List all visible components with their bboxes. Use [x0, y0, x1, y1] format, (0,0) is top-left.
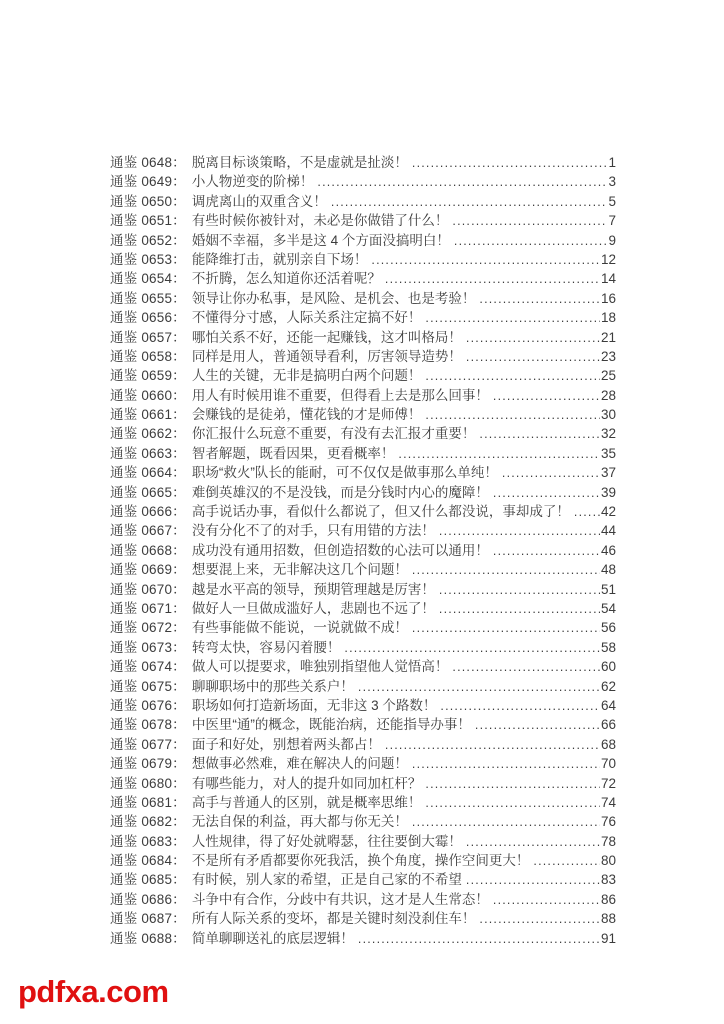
toc-entry-title: 高手说话办事，看似什么都说了，但又什么都没说，事却成了！	[192, 502, 570, 521]
dot-leader	[425, 308, 600, 328]
toc-entry-title: 没有分化不了的对手，只有用错的方法！	[192, 521, 435, 540]
dot-leader	[344, 638, 600, 658]
toc-entry-title: 有时候，别人家的希望，正是自己家的不希望	[192, 870, 462, 889]
toc-entry[interactable]: 通鉴 0649： 小人物逆变的阶梯！ 3	[110, 172, 616, 191]
toc-entry-page: 1	[608, 153, 616, 172]
toc-entry-label: 通鉴 0679：	[110, 754, 186, 773]
toc-entry[interactable]: 通鉴 0661： 会赚钱的是徒弟，懂花钱的才是师傅！ 30	[110, 405, 616, 424]
toc-entry-label: 通鉴 0651：	[110, 211, 186, 230]
dot-leader	[358, 677, 600, 697]
dot-leader	[574, 502, 600, 522]
toc-entry-label: 通鉴 0654：	[110, 269, 186, 288]
toc-entry[interactable]: 通鉴 0687： 所有人际关系的变坏，都是关键时刻没刹住车！ 88	[110, 909, 616, 928]
toc-entry[interactable]: 通鉴 0659： 人生的关键，无非是搞明白两个问题！ 25	[110, 366, 616, 385]
dot-leader	[385, 269, 600, 289]
toc-entry-label: 通鉴 0667：	[110, 521, 186, 540]
toc-entry[interactable]: 通鉴 0665： 难倒英雄汉的不是没钱，而是分钱时内心的魔障！ 39	[110, 483, 616, 502]
toc-entry-title: 不折腾，怎么知道你还活着呢？	[192, 269, 381, 288]
dot-leader	[398, 444, 600, 464]
toc-entry-title: 能降维打击，就别亲自下场！	[192, 250, 368, 269]
toc-entry-title: 简单聊聊送礼的底层逻辑！	[192, 929, 354, 948]
dot-leader	[412, 812, 600, 832]
toc-entry-title: 成功没有通用招数，但创造招数的心法可以通用！	[192, 541, 489, 560]
dot-leader	[425, 366, 600, 386]
toc-entry-page: 70	[601, 754, 616, 773]
toc-entry-page: 28	[601, 386, 616, 405]
toc-entry[interactable]: 通鉴 0678： 中医里“通”的概念，既能治病，还能指导办事！ 66	[110, 715, 616, 734]
toc-entry-title: 职场“救火”队长的能耐，可不仅仅是做事那么单纯！	[192, 463, 498, 482]
toc-entry-page: 86	[601, 890, 616, 909]
toc-entry-label: 通鉴 0666：	[110, 502, 186, 521]
toc-entry-title: 哪怕关系不好，还能一起赚钱，这才叫格局！	[192, 328, 462, 347]
toc-entry-label: 通鉴 0671：	[110, 599, 186, 618]
toc-entry-label: 通鉴 0661：	[110, 405, 186, 424]
toc-entry-page: 56	[601, 618, 616, 637]
toc-entry[interactable]: 通鉴 0677： 面子和好处，别想着两头都占！ 68	[110, 735, 616, 754]
toc-entry-page: 42	[601, 502, 616, 521]
toc-entry[interactable]: 通鉴 0672： 有些事能做不能说，一说就做不成！ 56	[110, 618, 616, 637]
dot-leader	[479, 289, 600, 309]
dot-leader	[533, 851, 600, 871]
dot-leader	[493, 890, 600, 910]
toc-entry-title: 用人有时候用谁不重要，但得看上去是那么回事！	[192, 386, 489, 405]
dot-leader	[466, 870, 600, 890]
toc-entry-label: 通鉴 0677：	[110, 735, 186, 754]
toc-entry[interactable]: 通鉴 0675： 聊聊职场中的那些关系户！ 62	[110, 677, 616, 696]
toc-entry-page: 51	[601, 580, 616, 599]
toc-entry[interactable]: 通鉴 0682： 无法自保的利益，再大都与你无关！ 76	[110, 812, 616, 831]
dot-leader	[425, 774, 600, 794]
dot-leader	[371, 250, 600, 270]
toc-entry[interactable]: 通鉴 0664： 职场“救火”队长的能耐，可不仅仅是做事那么单纯！ 37	[110, 463, 616, 482]
toc-entry-page: 9	[608, 231, 616, 250]
toc-entry-label: 通鉴 0668：	[110, 541, 186, 560]
toc-entry-page: 30	[601, 405, 616, 424]
toc-entry-page: 39	[601, 483, 616, 502]
toc-entry-title: 有哪些能力，对人的提升如同加杠杆？	[192, 774, 422, 793]
dot-leader	[493, 541, 600, 561]
toc-entry-title: 会赚钱的是徒弟，懂花钱的才是师傅！	[192, 405, 422, 424]
toc-entry-title: 斗争中有合作，分歧中有共识，这才是人生常态！	[192, 890, 489, 909]
toc-entry-title: 越是水平高的领导，预期管理越是厉害！	[192, 580, 435, 599]
toc-entry[interactable]: 通鉴 0670： 越是水平高的领导，预期管理越是厉害！ 51	[110, 580, 616, 599]
toc-entry-label: 通鉴 0686：	[110, 890, 186, 909]
toc-entry-label: 通鉴 0674：	[110, 657, 186, 676]
dot-leader	[358, 929, 600, 949]
toc-entry-label: 通鉴 0672：	[110, 618, 186, 637]
toc-entry-label: 通鉴 0663：	[110, 444, 186, 463]
toc-entry-page: 18	[601, 308, 616, 327]
toc-entry-title: 不是所有矛盾都要你死我活，换个角度，操作空间更大！	[192, 851, 530, 870]
toc-entry-title: 有些事能做不能说，一说就做不成！	[192, 618, 408, 637]
toc-entry-label: 通鉴 0665：	[110, 483, 186, 502]
toc-entry-title: 无法自保的利益，再大都与你无关！	[192, 812, 408, 831]
toc-entry[interactable]: 通鉴 0673： 转弯太快，容易闪着腰！ 58	[110, 638, 616, 657]
toc-entry-title: 做好人一旦做成滥好人，悲剧也不远了！	[192, 599, 435, 618]
toc-entry-page: 72	[601, 774, 616, 793]
toc-entry-label: 通鉴 0670：	[110, 580, 186, 599]
toc-entry-page: 44	[601, 521, 616, 540]
dot-leader	[479, 424, 600, 444]
toc-entry[interactable]: 通鉴 0680： 有哪些能力，对人的提升如同加杠杆？ 72	[110, 774, 616, 793]
toc-list: 通鉴 0648： 脱离目标谈策略，不是虚就是扯淡！ 1 通鉴 0649： 小人物…	[110, 153, 616, 948]
dot-leader	[452, 211, 607, 231]
toc-entry-title: 职场如何打造新场面，无非这 3 个路数！	[192, 696, 437, 715]
toc-entry-page: 58	[601, 638, 616, 657]
toc-entry-page: 7	[608, 211, 616, 230]
toc-entry[interactable]: 通鉴 0662： 你汇报什么玩意不重要，有没有去汇报才重要！ 32	[110, 424, 616, 443]
dot-leader	[425, 793, 600, 813]
dot-leader	[439, 580, 600, 600]
toc-entry-label: 通鉴 0653：	[110, 250, 186, 269]
toc-entry-title: 想做事必然难，难在解决人的问题！	[192, 754, 408, 773]
toc-entry-page: 64	[601, 696, 616, 715]
dot-leader	[502, 463, 600, 483]
toc-entry[interactable]: 通鉴 0648： 脱离目标谈策略，不是虚就是扯淡！ 1	[110, 153, 616, 172]
toc-entry-page: 35	[601, 444, 616, 463]
toc-entry[interactable]: 通鉴 0674： 做人可以提要求，唯独别指望他人觉悟高！ 60	[110, 657, 616, 676]
toc-entry-page: 74	[601, 793, 616, 812]
dot-leader	[440, 696, 600, 716]
toc-entry-title: 有些时候你被针对，未必是你做错了什么！	[192, 211, 449, 230]
toc-entry[interactable]: 通鉴 0655： 领导让你办私事，是风险、是机会、也是考验！ 16	[110, 289, 616, 308]
toc-entry[interactable]: 通鉴 0667： 没有分化不了的对手，只有用错的方法！ 44	[110, 521, 616, 540]
dot-leader	[331, 192, 608, 212]
toc-entry-label: 通鉴 0649：	[110, 172, 186, 191]
toc-entry[interactable]: 通鉴 0654： 不折腾，怎么知道你还活着呢？ 14	[110, 269, 616, 288]
dot-leader	[412, 153, 608, 173]
toc-entry-title: 婚姻不幸福，多半是这 4 个方面没搞明白！	[192, 231, 450, 250]
toc-entry[interactable]: 通鉴 0668： 成功没有通用招数，但创造招数的心法可以通用！ 46	[110, 541, 616, 560]
toc-entry[interactable]: 通鉴 0657： 哪怕关系不好，还能一起赚钱，这才叫格局！ 21	[110, 328, 616, 347]
toc-entry[interactable]: 通鉴 0683： 人性规律，得了好处就嘚瑟，往往要倒大霉！ 78	[110, 832, 616, 851]
toc-entry[interactable]: 通鉴 0653： 能降维打击，就别亲自下场！ 12	[110, 250, 616, 269]
dot-leader	[412, 560, 600, 580]
toc-entry-title: 聊聊职场中的那些关系户！	[192, 677, 354, 696]
toc-entry-title: 高手与普通人的区别，就是概率思维！	[192, 793, 422, 812]
dot-leader	[466, 328, 600, 348]
dot-leader	[439, 521, 600, 541]
toc-entry-page: 68	[601, 735, 616, 754]
toc-entry-label: 通鉴 0650：	[110, 192, 186, 211]
dot-leader	[493, 386, 600, 406]
toc-entry-title: 转弯太快，容易闪着腰！	[192, 638, 341, 657]
toc-entry-title: 人生的关键，无非是搞明白两个问题！	[192, 366, 422, 385]
toc-entry[interactable]: 通鉴 0681： 高手与普通人的区别，就是概率思维！ 74	[110, 793, 616, 812]
dot-leader	[475, 715, 600, 735]
toc-entry-title: 所有人际关系的变坏，都是关键时刻没刹住车！	[192, 909, 476, 928]
toc-entry-page: 25	[601, 366, 616, 385]
toc-entry-label: 通鉴 0648：	[110, 153, 186, 172]
toc-entry-title: 难倒英雄汉的不是没钱，而是分钱时内心的魔障！	[192, 483, 489, 502]
toc-entry[interactable]: 通鉴 0658： 同样是用人，普通领导看利，厉害领导造势！ 23	[110, 347, 616, 366]
toc-entry-page: 46	[601, 541, 616, 560]
toc-entry[interactable]: 通鉴 0676： 职场如何打造新场面，无非这 3 个路数！ 64	[110, 696, 616, 715]
toc-entry-title: 小人物逆变的阶梯！	[192, 172, 314, 191]
toc-entry-title: 智者解题，既看因果，更看概率！	[192, 444, 395, 463]
toc-entry-page: 12	[601, 250, 616, 269]
toc-entry-label: 通鉴 0683：	[110, 832, 186, 851]
toc-entry-label: 通鉴 0684：	[110, 851, 186, 870]
toc-entry-title: 人性规律，得了好处就嘚瑟，往往要倒大霉！	[192, 832, 462, 851]
toc-entry[interactable]: 通鉴 0650： 调虎离山的双重含义！ 5	[110, 192, 616, 211]
toc-entry-page: 14	[601, 269, 616, 288]
toc-entry-title: 想要混上来，无非解决这几个问题！	[192, 560, 408, 579]
toc-entry-page: 78	[601, 832, 616, 851]
toc-entry-label: 通鉴 0673：	[110, 638, 186, 657]
toc-entry-label: 通鉴 0657：	[110, 328, 186, 347]
dot-leader	[439, 599, 600, 619]
toc-entry[interactable]: 通鉴 0671： 做好人一旦做成滥好人，悲剧也不远了！ 54	[110, 599, 616, 618]
toc-entry[interactable]: 通鉴 0656： 不懂得分寸感，人际关系注定搞不好！ 18	[110, 308, 616, 327]
toc-entry-label: 通鉴 0652：	[110, 231, 186, 250]
toc-entry-title: 做人可以提要求，唯独别指望他人觉悟高！	[192, 657, 449, 676]
toc-entry[interactable]: 通鉴 0652： 婚姻不幸福，多半是这 4 个方面没搞明白！ 9	[110, 231, 616, 250]
toc-entry-label: 通鉴 0676：	[110, 696, 186, 715]
dot-leader	[412, 754, 600, 774]
toc-entry-title: 调虎离山的双重含义！	[192, 192, 327, 211]
dot-leader	[425, 405, 600, 425]
toc-entry-label: 通鉴 0664：	[110, 463, 186, 482]
toc-entry[interactable]: 通鉴 0663： 智者解题，既看因果，更看概率！ 35	[110, 444, 616, 463]
dot-leader	[454, 231, 608, 251]
toc-entry-label: 通鉴 0659：	[110, 366, 186, 385]
toc-entry-page: 54	[601, 599, 616, 618]
toc-entry-label: 通鉴 0687：	[110, 909, 186, 928]
toc-entry-title: 不懂得分寸感，人际关系注定搞不好！	[192, 308, 422, 327]
toc-entry-label: 通鉴 0680：	[110, 774, 186, 793]
toc-entry-page: 5	[608, 192, 616, 211]
toc-entry-page: 60	[601, 657, 616, 676]
toc-entry[interactable]: 通鉴 0686： 斗争中有合作，分歧中有共识，这才是人生常态！ 86	[110, 890, 616, 909]
toc-entry-page: 76	[601, 812, 616, 831]
toc-entry-label: 通鉴 0682：	[110, 812, 186, 831]
dot-leader	[479, 909, 600, 929]
toc-entry-page: 32	[601, 424, 616, 443]
toc-entry-label: 通鉴 0660：	[110, 386, 186, 405]
toc-entry-page: 80	[601, 851, 616, 870]
toc-entry-label: 通鉴 0656：	[110, 308, 186, 327]
toc-entry-page: 21	[601, 328, 616, 347]
toc-entry[interactable]: 通鉴 0669： 想要混上来，无非解决这几个问题！ 48	[110, 560, 616, 579]
toc-entry-page: 88	[601, 909, 616, 928]
dot-leader	[385, 735, 600, 755]
toc-entry-label: 通鉴 0669：	[110, 560, 186, 579]
toc-entry-title: 你汇报什么玩意不重要，有没有去汇报才重要！	[192, 424, 476, 443]
document-page: 通鉴 0648： 脱离目标谈策略，不是虚就是扯淡！ 1 通鉴 0649： 小人物…	[0, 0, 724, 1024]
toc-entry[interactable]: 通鉴 0651： 有些时候你被针对，未必是你做错了什么！ 7	[110, 211, 616, 230]
toc-entry[interactable]: 通鉴 0688： 简单聊聊送礼的底层逻辑！ 91	[110, 929, 616, 948]
toc-entry-title: 中医里“通”的概念，既能治病，还能指导办事！	[192, 715, 471, 734]
toc-entry[interactable]: 通鉴 0679： 想做事必然难，难在解决人的问题！ 70	[110, 754, 616, 773]
toc-entry-label: 通鉴 0688：	[110, 929, 186, 948]
toc-entry-title: 同样是用人，普通领导看利，厉害领导造势！	[192, 347, 462, 366]
toc-entry-label: 通鉴 0655：	[110, 289, 186, 308]
dot-leader	[452, 657, 600, 677]
pdfxa-watermark-logo: pdfxa.com	[18, 974, 169, 1010]
toc-entry-title: 面子和好处，别想着两头都占！	[192, 735, 381, 754]
dot-leader	[317, 172, 607, 192]
toc-entry-title: 脱离目标谈策略，不是虚就是扯淡！	[192, 153, 408, 172]
toc-entry-label: 通鉴 0685：	[110, 870, 186, 889]
dot-leader	[466, 832, 600, 852]
dot-leader	[493, 483, 600, 503]
toc-entry[interactable]: 通鉴 0660： 用人有时候用谁不重要，但得看上去是那么回事！ 28	[110, 386, 616, 405]
toc-entry-label: 通鉴 0678：	[110, 715, 186, 734]
toc-entry-page: 83	[601, 870, 616, 889]
dot-leader	[412, 618, 600, 638]
toc-entry-page: 3	[608, 172, 616, 191]
toc-entry-page: 23	[601, 347, 616, 366]
toc-entry-label: 通鉴 0662：	[110, 424, 186, 443]
toc-entry-title: 领导让你办私事，是风险、是机会、也是考验！	[192, 289, 476, 308]
toc-entry-label: 通鉴 0681：	[110, 793, 186, 812]
dot-leader	[466, 347, 600, 367]
toc-entry-page: 48	[601, 560, 616, 579]
toc-entry-page: 37	[601, 463, 616, 482]
toc-entry-label: 通鉴 0658：	[110, 347, 186, 366]
toc-entry-page: 66	[601, 715, 616, 734]
toc-entry[interactable]: 通鉴 0685： 有时候，别人家的希望，正是自己家的不希望 83	[110, 870, 616, 889]
toc-entry[interactable]: 通鉴 0684： 不是所有矛盾都要你死我活，换个角度，操作空间更大！ 80	[110, 851, 616, 870]
toc-entry-page: 62	[601, 677, 616, 696]
toc-entry-label: 通鉴 0675：	[110, 677, 186, 696]
toc-entry-page: 91	[601, 929, 616, 948]
toc-entry[interactable]: 通鉴 0666： 高手说话办事，看似什么都说了，但又什么都没说，事却成了！ 42	[110, 502, 616, 521]
toc-entry-page: 16	[601, 289, 616, 308]
